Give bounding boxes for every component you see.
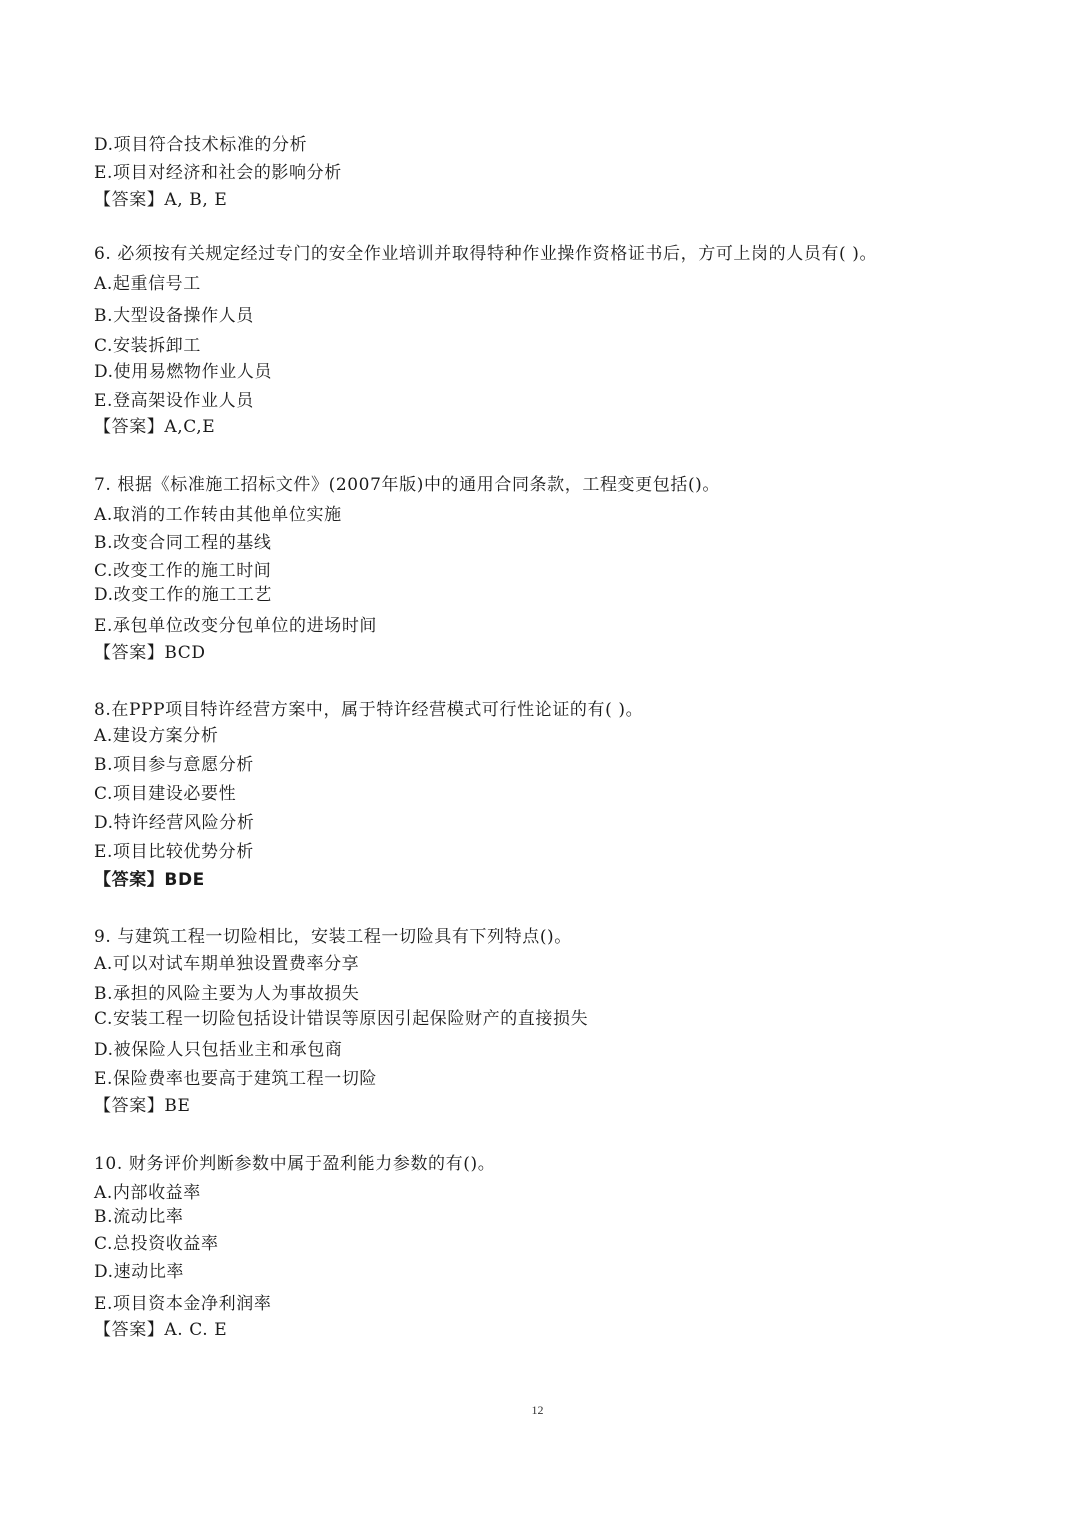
answer-option: A.可以对试车期单独设置费率分享 [94, 953, 359, 975]
answer-option: E.保险费率也要高于建筑工程一切险 [94, 1068, 377, 1090]
answer-option: E.项目资本金净利润率 [94, 1293, 271, 1315]
answer-option: D.特许经营风险分析 [94, 812, 254, 834]
answer-option: D.速动比率 [94, 1261, 184, 1283]
answer-option: E.项目比较优势分析 [94, 841, 254, 863]
answer-option: C.总投资收益率 [94, 1233, 219, 1255]
answer-option: B.大型设备操作人员 [94, 305, 254, 327]
answer-option: B.流动比率 [94, 1206, 184, 1228]
question-stem: 6. 必须按有关规定经过专门的安全作业培训并取得特种作业操作资格证书后，方可上岗… [94, 243, 877, 265]
answer-option: B.项目参与意愿分析 [94, 754, 254, 776]
answer-option: E.登高架设作业人员 [94, 390, 254, 412]
question-stem: 7. 根据《标准施工招标文件》(2007年版)中的通用合同条款，工程变更包括()… [94, 474, 720, 496]
answer-option: C.安装工程一切险包括设计错误等原因引起保险财产的直接损失 [94, 1008, 588, 1030]
answer-option: E.承包单位改变分包单位的进场时间 [94, 615, 377, 637]
answer-key: 【答案】A, B, E [94, 189, 227, 211]
answer-option: B.改变合同工程的基线 [94, 532, 272, 554]
answer-option: A.建设方案分析 [94, 725, 218, 747]
answer-option: C.项目建设必要性 [94, 783, 236, 805]
answer-key: 【答案】BDE [94, 869, 205, 891]
answer-option: A.取消的工作转由其他单位实施 [94, 504, 342, 526]
question-stem: 8.在PPP项目特许经营方案中，属于特许经营模式可行性论证的有( )。 [94, 699, 643, 721]
answer-key: 【答案】A,C,E [94, 416, 215, 438]
answer-option: C.改变工作的施工时间 [94, 560, 271, 582]
answer-option: B.承担的风险主要为人为事故损失 [94, 983, 360, 1005]
document-page: D.项目符合技术标准的分析E.项目对经济和社会的影响分析【答案】A, B, E6… [0, 0, 1080, 1527]
answer-option: D.改变工作的施工工艺 [94, 584, 272, 606]
answer-option: A.起重信号工 [94, 273, 201, 295]
question-stem: 10. 财务评价判断参数中属于盈利能力参数的有()。 [94, 1153, 495, 1175]
answer-option: E.项目对经济和社会的影响分析 [94, 162, 342, 184]
answer-key: 【答案】BE [94, 1095, 191, 1117]
question-stem: 9. 与建筑工程一切险相比，安装工程一切险具有下列特点()。 [94, 926, 572, 948]
answer-option: A.内部收益率 [94, 1182, 201, 1204]
answer-option: D.项目符合技术标准的分析 [94, 134, 307, 156]
answer-option: D.被保险人只包括业主和承包商 [94, 1039, 342, 1061]
answer-option: D.使用易燃物作业人员 [94, 361, 272, 383]
page-number: 12 [0, 1403, 1075, 1418]
answer-key: 【答案】BCD [94, 642, 206, 664]
answer-option: C.安装拆卸工 [94, 335, 201, 357]
answer-key: 【答案】A. C. E [94, 1319, 227, 1341]
